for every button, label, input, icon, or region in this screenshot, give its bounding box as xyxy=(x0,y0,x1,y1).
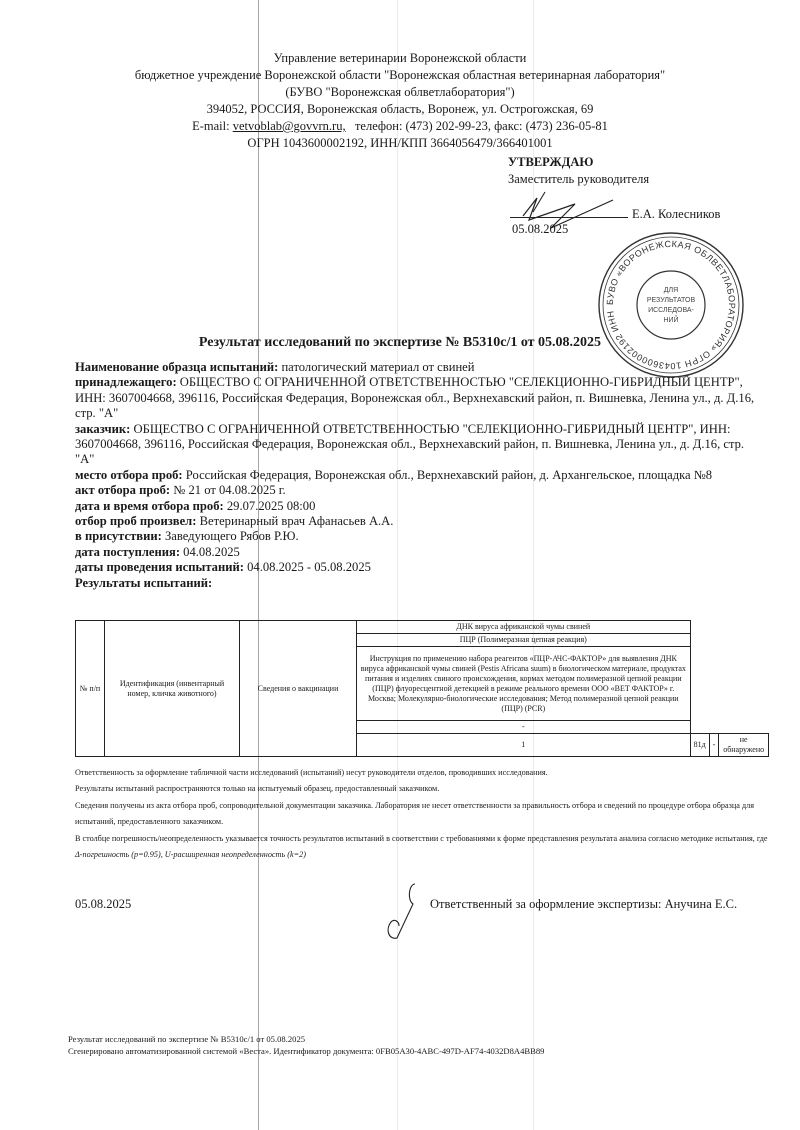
results-table: № п/п Идентификация (инвентарный номер, … xyxy=(75,620,769,757)
signature-icon xyxy=(383,882,427,942)
document-footer: Результат исследований по экспертизе № B… xyxy=(68,1034,544,1057)
seal-stamp: БУВО «ВОРОНЕЖСКАЯ ОБЛВЕТЛАБОРАТОРИЯ» ОГР… xyxy=(596,230,746,380)
header-ministry: Управление ветеринарии Воронежской облас… xyxy=(0,50,800,67)
field-sampling-place: место отбора проб: Российская Федерация,… xyxy=(75,468,755,483)
phone-fax: телефон: (473) 202-99-23, факс: (473) 23… xyxy=(355,119,608,133)
col-header-num: № п/п xyxy=(76,621,105,757)
field-sampler: отбор проб произвел: Ветеринарный врач А… xyxy=(75,514,755,529)
sample-details: Наименование образца испытаний: патологи… xyxy=(75,360,755,591)
field-customer: заказчик: ОБЩЕСТВО С ОГРАНИЧЕННОЙ ОТВЕТС… xyxy=(75,422,755,468)
col-header-test-name: ДНК вируса африканской чумы свиней xyxy=(357,621,691,634)
svg-text:НИЙ: НИЙ xyxy=(663,315,678,324)
notes: Ответственность за оформление табличной … xyxy=(75,765,775,863)
field-test-dates: даты проведения испытаний: 04.08.2025 - … xyxy=(75,560,755,575)
approval-date: 05.08.2025 xyxy=(512,222,568,237)
header-org-short: (БУВО "Воронежская облветлаборатория") xyxy=(0,84,800,101)
header-registration: ОГРН 1043600002192, ИНН/КПП 3664056479/3… xyxy=(0,135,800,152)
svg-text:ИССЛЕДОВА-: ИССЛЕДОВА- xyxy=(648,307,694,314)
footer-reference: Результат исследований по экспертизе № B… xyxy=(68,1034,544,1046)
note-responsibility: Ответственность за оформление табличной … xyxy=(75,765,775,781)
cell-num: 1 xyxy=(357,734,691,757)
seal-icon: БУВО «ВОРОНЕЖСКАЯ ОБЛВЕТЛАБОРАТОРИЯ» ОГР… xyxy=(596,230,746,380)
responsible-person: Ответственный за оформление экспертизы: … xyxy=(430,897,737,912)
signature-line xyxy=(510,217,628,218)
note-scope: Результаты испытаний распространяются то… xyxy=(75,781,775,797)
field-sampling-datetime: дата и время отбора проб: 29.07.2025 08:… xyxy=(75,499,755,514)
svg-text:РЕЗУЛЬТАТОВ: РЕЗУЛЬТАТОВ xyxy=(647,297,696,304)
cell-id: 81д xyxy=(690,734,709,757)
field-sampling-act: акт отбора проб: № 21 от 04.08.2025 г. xyxy=(75,483,755,498)
col-header-method: ПЦР (Полимеразная цепная реакция) xyxy=(357,634,691,647)
note-uncertainty: В столбце погрешность/неопределенность у… xyxy=(75,831,775,864)
field-sample: Наименование образца испытаний: патологи… xyxy=(75,360,755,375)
header-address: 394052, РОССИЯ, Воронежская область, Вор… xyxy=(0,101,800,118)
footer-generated: Сгенерировано автоматизированной системо… xyxy=(68,1046,544,1058)
col-header-vaccination: Сведения о вакцинации xyxy=(240,621,357,757)
header-contacts: E-mail: vetvoblab@govvrn.ru, телефон: (4… xyxy=(0,118,800,135)
document-title: Результат исследований по экспертизе № B… xyxy=(0,335,800,351)
approver-name: Е.А. Колесников xyxy=(632,207,720,222)
svg-text:ДЛЯ: ДЛЯ xyxy=(664,287,678,294)
col-header-units: - xyxy=(357,721,691,734)
field-owner: принадлежащего: ОБЩЕСТВО С ОГРАНИЧЕННОЙ … xyxy=(75,375,755,421)
col-header-method-doc: Инструкция по применению набора реагенто… xyxy=(357,647,691,721)
approval-title: УТВЕРЖДАЮ xyxy=(508,154,649,171)
cell-result: не обнаружено xyxy=(719,734,769,757)
results-heading: Результаты испытаний: xyxy=(75,576,755,591)
email-link[interactable]: vetvoblab@govvrn.ru, xyxy=(233,119,346,133)
field-presence: в присутствии: Заведующего Рябов Р.Ю. xyxy=(75,529,755,544)
cell-vaccination: - xyxy=(709,734,719,757)
approval-block: УТВЕРЖДАЮ Заместитель руководителя xyxy=(508,154,649,188)
letterhead: Управление ветеринарии Воронежской облас… xyxy=(0,50,800,152)
field-received-date: дата поступления: 04.08.2025 xyxy=(75,545,755,560)
note-source: Сведения получены из акта отбора проб, с… xyxy=(75,798,775,831)
email-label: E-mail: xyxy=(192,119,230,133)
header-org-full: бюджетное учреждение Воронежской области… xyxy=(0,67,800,84)
col-header-id: Идентификация (инвентарный номер, кличка… xyxy=(105,621,240,757)
signoff-date: 05.08.2025 xyxy=(75,897,131,912)
